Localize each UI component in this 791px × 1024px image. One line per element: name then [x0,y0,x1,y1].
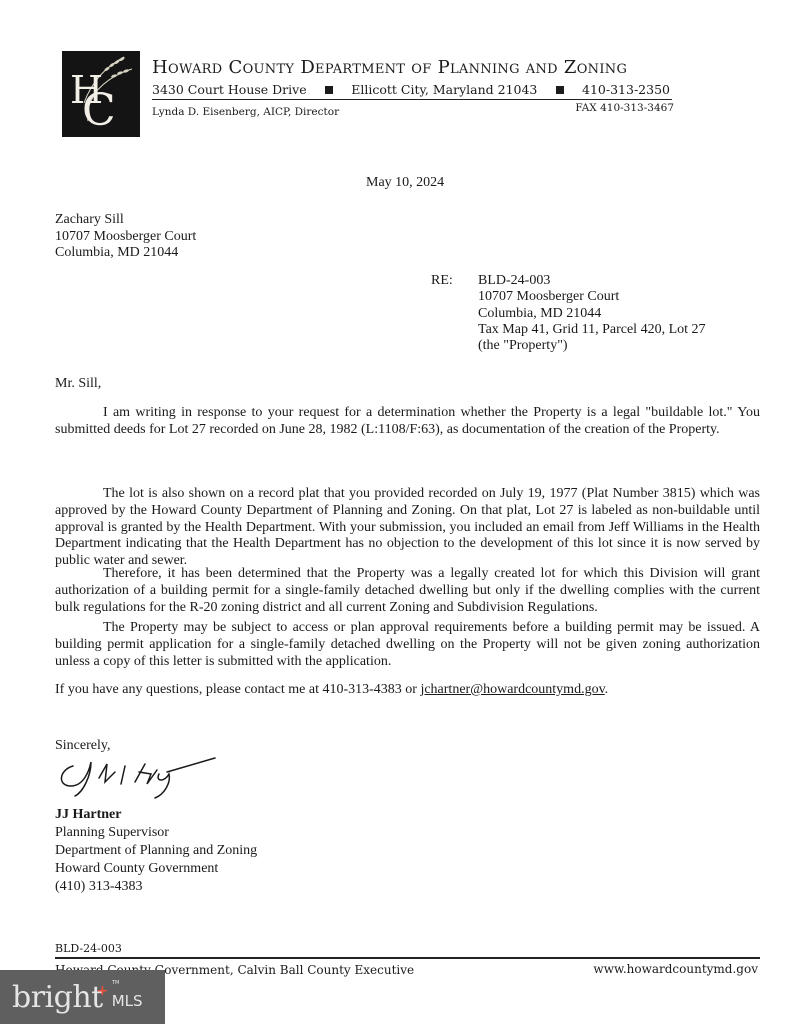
watermark-brand-text: bright [12,980,103,1015]
re-line: Tax Map 41, Grid 11, Parcel 420, Lot 27 [478,322,706,338]
footer-divider [55,957,760,959]
signer-organization: Howard County Government [55,860,257,878]
body-paragraph: The Property may be subject to access or… [55,620,760,670]
contact-line: If you have any questions, please contac… [55,682,608,698]
re-line: 10707 Moosberger Court [478,289,706,305]
contact-email-link[interactable]: jchartner@howardcountymd.gov [420,682,604,697]
county-logo: H C [62,51,140,137]
re-line: BLD-24-003 [478,273,706,289]
recipient-address: Zachary Sill 10707 Moosberger Court Colu… [55,212,196,262]
city-address: Ellicott City, Maryland 21043 [351,82,537,97]
signature-image [55,752,225,802]
trademark-mark: TM [112,980,119,986]
re-line: Columbia, MD 21044 [478,306,706,322]
signer-phone: (410) 313-4383 [55,878,257,896]
signer-title: Planning Supervisor [55,824,257,842]
office-phone: 410-313-2350 [582,82,670,97]
recipient-street: 10707 Moosberger Court [55,229,196,246]
recipient-city: Columbia, MD 21044 [55,245,196,262]
watermark-suffix: MLS [112,992,143,1010]
contact-suffix: . [605,682,609,697]
recipient-name: Zachary Sill [55,212,196,229]
body-paragraph: I am writing in response to your request… [55,405,760,439]
bright-mls-watermark: bright+ MLS [0,970,165,1024]
square-bullet-icon [325,86,333,94]
director-name: Lynda D. Eisenberg, AICP, Director [152,106,339,118]
square-bullet-icon [556,86,564,94]
signer-department: Department of Planning and Zoning [55,842,257,860]
department-title: Howard County Department of Planning and… [152,57,627,78]
body-paragraph: The lot is also shown on a record plat t… [55,486,760,570]
re-block: BLD-24-003 10707 Moosberger Court Columb… [478,273,706,354]
footer-reference: BLD-24-003 [55,942,122,955]
letter-date: May 10, 2024 [366,175,444,191]
contact-text: If you have any questions, please contac… [55,682,420,697]
street-address: 3430 Court House Drive [152,82,307,97]
signature-block: JJ Hartner Planning Supervisor Departmen… [55,806,257,896]
plus-icon: + [97,983,108,999]
fax-number: FAX 410-313-3467 [575,102,674,114]
letterhead-divider [152,99,672,100]
signer-name: JJ Hartner [55,806,257,824]
body-paragraph: Therefore, it has been determined that t… [55,566,760,616]
re-line: (the "Property") [478,338,706,354]
logo-letter-c: C [82,89,116,133]
salutation: Mr. Sill, [55,376,101,392]
watermark-brand: bright+ [12,980,103,1015]
re-label: RE: [431,273,453,289]
footer-website: www.howardcountymd.gov [593,962,758,976]
letterhead-address: 3430 Court House Drive Ellicott City, Ma… [152,82,670,97]
